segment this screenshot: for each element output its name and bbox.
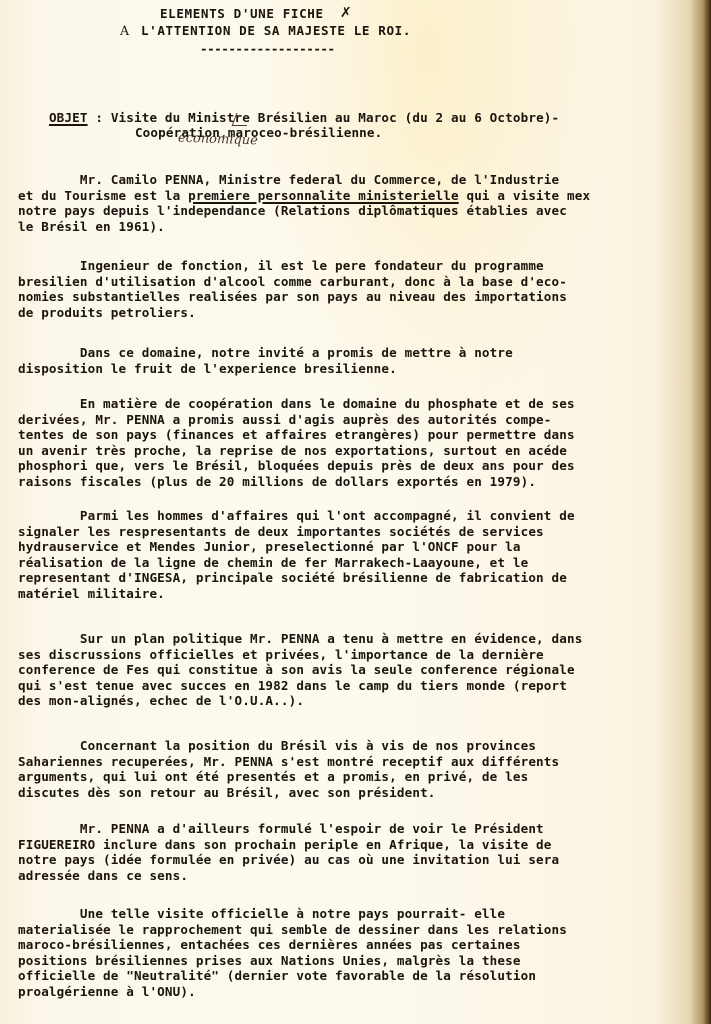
paragraph-line: Sur un plan politique Mr. PENNA a tenu à… xyxy=(18,631,582,646)
paragraph-line: des mon-alignés, echec de l'O.U.A..). xyxy=(18,693,304,708)
paragraph-line: adressée dans ce sens. xyxy=(18,868,188,883)
paragraph-line: bresilien d'utilisation d'alcool comme c… xyxy=(18,274,567,289)
paragraph-line: notre pays (idée formulée en privée) au … xyxy=(18,852,559,867)
header-title-line1: ELEMENTS D'UNE FICHE xyxy=(160,6,324,21)
paragraph-line: officielle de "Neutralité" (dernier vote… xyxy=(18,968,536,983)
header-title-prefix: A xyxy=(120,23,130,38)
paragraph-line: materialisée le rapprochement qui semble… xyxy=(18,922,567,937)
paragraph-line: un avenir très proche, la reprise de nos… xyxy=(18,443,567,458)
paragraph-line: Dans ce domaine, notre invité a promis d… xyxy=(18,345,513,360)
paragraph-line: Concernant la position du Brésil vis à v… xyxy=(18,738,536,753)
handwritten-insert: économique xyxy=(178,131,258,149)
text-segment: et du Tourisme est la xyxy=(18,188,188,203)
paragraph-line: maroco-brésiliennes, entachées ces derni… xyxy=(18,937,521,952)
page-edge-shadow xyxy=(703,0,711,1024)
header-rule: ------------------- xyxy=(200,41,335,56)
paragraph-line: qui s'est tenue avec succes en 1982 dans… xyxy=(18,678,567,693)
text-segment: qui a visite mex xyxy=(459,188,590,203)
paragraph-line: positions brésiliennes prises aux Nation… xyxy=(18,953,521,968)
paragraph-line: Parmi les hommes d'affaires qui l'ont ac… xyxy=(18,508,575,523)
paragraph-line: tentes de son pays (finances et affaires… xyxy=(18,427,575,442)
header-title-line2: L'ATTENTION DE SA MAJESTE LE ROI. xyxy=(141,23,411,38)
paragraph-line: disposition le fruit de l'experience bre… xyxy=(18,361,397,376)
paragraph-line: conference de Fes qui constitue à son av… xyxy=(18,662,575,677)
objet-separator: : xyxy=(95,110,103,125)
paragraph-line: Sahariennes recuperées, Mr. PENNA s'est … xyxy=(18,754,559,769)
paragraph-line: FIGUEREIRO inclure dans son prochain per… xyxy=(18,837,552,852)
paragraph-line: Mr. PENNA a d'ailleurs formulé l'espoir … xyxy=(18,821,544,836)
paragraph-line: et du Tourisme est la premiere personnal… xyxy=(18,188,590,203)
paragraph-line: hydrauservice et Mendes Junior, preselec… xyxy=(18,539,521,554)
paragraph-line: matériel militaire. xyxy=(18,586,165,601)
paragraph-line: ses discrussions officielles et privées,… xyxy=(18,647,544,662)
paragraph-line: réalisation de la ligne de chemin de fer… xyxy=(18,555,528,570)
paragraph-line: arguments, qui lui ont été presentés et … xyxy=(18,769,528,784)
underlined-phrase: premiere personnalite ministerielle xyxy=(188,188,459,203)
paragraph-line: phosphori que, vers le Brésil, bloquées … xyxy=(18,458,575,473)
paragraph-line: raisons fiscales (plus de 20 millions de… xyxy=(18,474,536,489)
paragraph-line: le Brésil en 1961). xyxy=(18,219,165,234)
paragraph-line: Mr. Camilo PENNA, Ministre federal du Co… xyxy=(18,172,559,187)
paragraph-line: derivées, Mr. PENNA a promis aussi d'agi… xyxy=(18,412,552,427)
paragraph-line: de produits petroliers. xyxy=(18,305,196,320)
paragraph-line: nomies substantielles realisées par son … xyxy=(18,289,567,304)
paragraph-line: representant d'INGESA, principale sociét… xyxy=(18,570,567,585)
handwritten-mark-icon: ✗ xyxy=(340,5,352,21)
paragraph-line: En matière de coopération dans le domain… xyxy=(18,396,575,411)
paragraph-line: signaler les respresentants de deux impo… xyxy=(18,524,544,539)
paragraph-line: Une telle visite officielle à notre pays… xyxy=(18,906,505,921)
paragraph-line: discutes dès son retour au Brésil, avec … xyxy=(18,785,436,800)
document-page: ELEMENTS D'UNE FICHE ✗ A L'ATTENTION DE … xyxy=(0,0,711,1024)
paragraph-line: Ingenieur de fonction, il est le pere fo… xyxy=(18,258,544,273)
paragraph-line: proalgérienne à l'ONU). xyxy=(18,984,196,999)
objet-label: OBJET xyxy=(49,110,88,125)
paragraph-line: notre pays depuis l'independance (Relati… xyxy=(18,203,567,218)
